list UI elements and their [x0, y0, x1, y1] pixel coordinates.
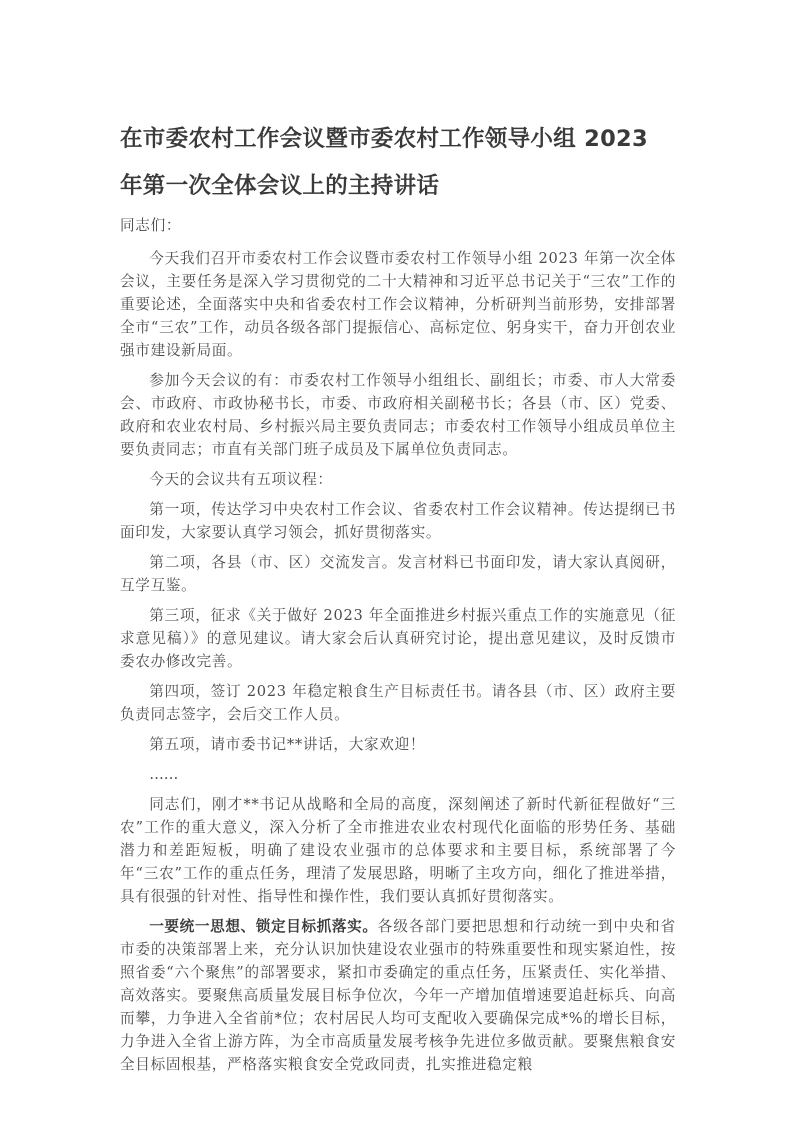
salutation: 同志们： [120, 214, 676, 237]
agenda-item-2: 第二项，各县（市、区）交流发言。发言材料已书面印发，请大家认真阅研，互学互鉴。 [120, 551, 676, 597]
paragraph-text: 各级各部门要把思想和行动统一到中央和省市委的决策部署上来，充分认识加快建设农业强… [120, 918, 676, 1073]
document-title: 在市委农村工作会议暨市委农村工作领导小组 2023 年第一次全体会议上的主持讲话 [120, 116, 676, 210]
paragraph-text: 同志们，刚才**书记从战略和全局的高度，深刻阐述了新时代新征程做好“三农”工作的… [120, 796, 676, 905]
paragraph-text: 第五项，请市委书记**讲话，大家欢迎！ [149, 736, 425, 753]
agenda-item-5: 第五项，请市委书记**讲话，大家欢迎！ [120, 733, 676, 756]
paragraph-attendees: 参加今天会议的有：市委农村工作领导小组组长、副组长；市委、市人大常委会、市政府、… [120, 369, 676, 461]
paragraph-text: 今天的会议共有五项议程： [149, 471, 333, 488]
paragraph-text: 第三项，征求《关于做好 2023 年全面推进乡村振兴重点工作的实施意见（征求意见… [120, 607, 676, 670]
paragraph-text: 第二项，各县（市、区）交流发言。发言材料已书面印发，请大家认真阅研，互学互鉴。 [120, 554, 676, 594]
agenda-item-4: 第四项，签订 2023 年稳定粮食生产目标责任书。请各县（市、区）政府主要负责同… [120, 680, 676, 726]
paragraph-text: 今天我们召开市委农村工作会议暨市委农村工作领导小组 2023 年第一次全体会议，… [120, 250, 676, 359]
paragraph-summary: 同志们，刚才**书记从战略和全局的高度，深刻阐述了新时代新征程做好“三农”工作的… [120, 793, 676, 908]
paragraph-text: 第四项，签订 2023 年稳定粮食生产目标责任书。请各县（市、区）政府主要负责同… [120, 683, 676, 723]
paragraph-lead: 一要统一思想、锁定目标抓落实。 [149, 918, 377, 935]
paragraph-text: 参加今天会议的有：市委农村工作领导小组组长、副组长；市委、市人大常委会、市政府、… [120, 372, 676, 458]
paragraph-text: …… [149, 766, 178, 783]
agenda-item-1: 第一项，传达学习中央农村工作会议、省委农村工作会议精神。传达提纲已书面印发，大家… [120, 498, 676, 544]
paragraph-purpose: 今天我们召开市委农村工作会议暨市委农村工作领导小组 2023 年第一次全体会议，… [120, 247, 676, 362]
agenda-item-3: 第三项，征求《关于做好 2023 年全面推进乡村振兴重点工作的实施意见（征求意见… [120, 604, 676, 673]
paragraph-point-1: 一要统一思想、锁定目标抓落实。各级各部门要把思想和行动统一到中央和省市委的决策部… [120, 915, 676, 1076]
ellipsis: …… [120, 763, 676, 786]
paragraph-text: 第一项，传达学习中央农村工作会议、省委农村工作会议精神。传达提纲已书面印发，大家… [120, 501, 676, 541]
document-page: 在市委农村工作会议暨市委农村工作领导小组 2023 年第一次全体会议上的主持讲话… [120, 116, 676, 1083]
paragraph-agenda-intro: 今天的会议共有五项议程： [120, 468, 676, 491]
